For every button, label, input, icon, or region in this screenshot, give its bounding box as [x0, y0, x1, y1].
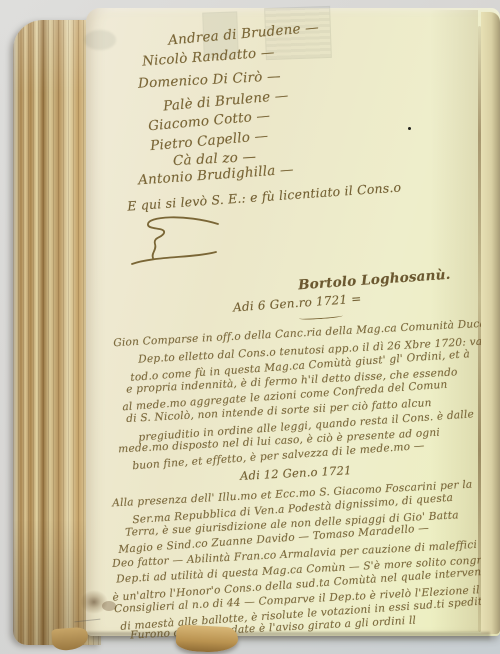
ink-smudge: [84, 30, 116, 50]
ink-speck: [408, 127, 411, 130]
page-bottom-shadow: [86, 632, 490, 642]
adjacent-page-edge: [481, 12, 500, 634]
ink-blot: [102, 601, 116, 611]
gutter-shading: [430, 10, 478, 632]
manuscript-photo: Andrea di Brudene — Nicolò Randatto — Do…: [0, 0, 500, 654]
flourish-mark: [126, 212, 222, 270]
